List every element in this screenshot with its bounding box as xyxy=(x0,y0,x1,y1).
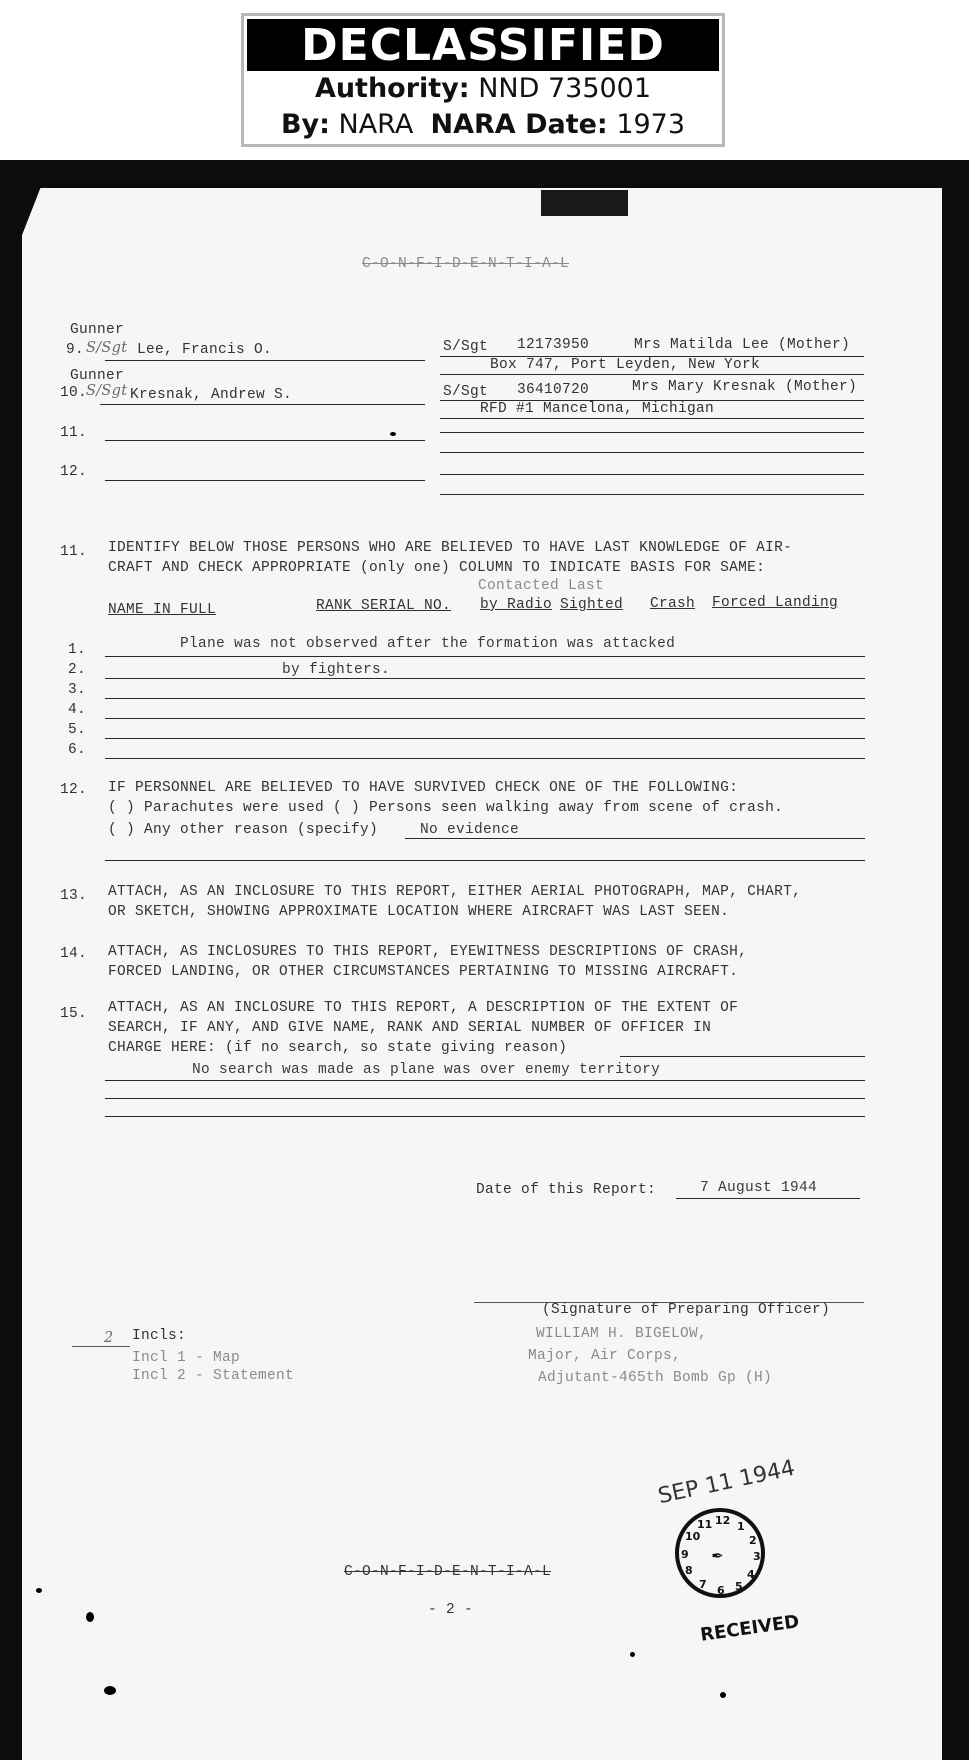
scan-speck xyxy=(104,1686,116,1695)
section-15-rule-1 xyxy=(620,1056,865,1057)
received-stamp-clock: 12 1 2 3 4 5 6 7 8 9 10 11 ✒ xyxy=(675,1508,765,1598)
scan-speck xyxy=(720,1692,726,1698)
inclosures-count: 2 xyxy=(104,1330,114,1346)
signature-caption: (Signature of Preparing Officer) xyxy=(542,1302,830,1318)
report-date-value: 7 August 1944 xyxy=(700,1180,817,1196)
crew-12-rule-right-2 xyxy=(440,494,864,495)
crew-12-rule-right xyxy=(440,474,864,475)
section-11-rule-3 xyxy=(105,698,865,699)
section-12-rule-2 xyxy=(105,860,865,861)
section-11-col-name: NAME IN FULL xyxy=(108,602,216,618)
section-11-col-rank: RANK SERIAL NO. xyxy=(316,598,451,614)
section-15-rule-3 xyxy=(105,1098,865,1099)
inclosure-item-1: Incl 1 - Map xyxy=(132,1350,240,1366)
section-12-line2: ( ) Parachutes were used ( ) Persons see… xyxy=(108,800,783,816)
signature-rank: Major, Air Corps, xyxy=(528,1348,681,1364)
crew-9-name-rule xyxy=(105,360,425,361)
section-11-row-2-number: 2. xyxy=(68,662,86,678)
section-11-row-5-number: 5. xyxy=(68,722,86,738)
section-14-line1: ATTACH, AS INCLOSURES TO THIS REPORT, EY… xyxy=(108,944,747,960)
section-12-line1: IF PERSONNEL ARE BELIEVED TO HAVE SURVIV… xyxy=(108,780,738,796)
authority-line: Authority: NND 735001 xyxy=(244,71,722,107)
crew-9-prefix: S/Sgt xyxy=(86,340,127,356)
section-15-answer: No search was made as plane was over ene… xyxy=(192,1062,660,1078)
section-15-line2: SEARCH, IF ANY, AND GIVE NAME, RANK AND … xyxy=(108,1020,711,1036)
signature-name: WILLIAM H. BIGELOW, xyxy=(536,1326,707,1342)
scan-tape-mark xyxy=(541,190,628,216)
section-11-col-crash: Crash xyxy=(650,596,695,612)
crew-11-number: 11. xyxy=(60,425,87,441)
crew-11-rule-right xyxy=(440,432,864,433)
section-11-row-6-number: 6. xyxy=(68,742,86,758)
crew-10-number: 10. xyxy=(60,385,87,401)
signature-title: Adjutant-465th Bomb Gp (H) xyxy=(538,1370,772,1386)
crew-10-prefix: S/Sgt xyxy=(86,383,127,399)
section-12-answer: No evidence xyxy=(420,822,519,838)
section-15-rule-2 xyxy=(105,1080,865,1081)
section-12-line3: ( ) Any other reason (specify) xyxy=(108,822,378,838)
crew-10-rank: S/Sgt xyxy=(443,384,488,400)
crew-11-rule xyxy=(105,440,425,441)
crew-9-kin: Mrs Matilda Lee (Mother) xyxy=(634,337,850,353)
section-11-rule-6 xyxy=(105,758,865,759)
nara-line: By: NARA NARA Date: 1973 xyxy=(244,107,722,143)
crew-9-rank: S/Sgt xyxy=(443,339,488,355)
crew-9-role: Gunner xyxy=(70,322,124,338)
section-13-number: 13. xyxy=(60,888,87,904)
declassified-title: DECLASSIFIED xyxy=(247,19,719,71)
section-12-number: 12. xyxy=(60,782,87,798)
section-11-col-forced: Forced Landing xyxy=(712,595,838,611)
section-11-rule-5 xyxy=(105,738,865,739)
section-13-line2: OR SKETCH, SHOWING APPROXIMATE LOCATION … xyxy=(108,904,729,920)
crew-10-serial: 36410720 xyxy=(517,382,589,398)
crew-9-address-rule xyxy=(440,374,864,375)
section-14-line2: FORCED LANDING, OR OTHER CIRCUMSTANCES P… xyxy=(108,964,738,980)
section-11-number: 11. xyxy=(60,544,87,560)
section-13-line1: ATTACH, AS AN INCLOSURE TO THIS REPORT, … xyxy=(108,884,801,900)
inclosures-rule xyxy=(72,1346,130,1347)
scan-speck xyxy=(390,432,396,436)
inclosures-label: Incls: xyxy=(132,1328,186,1344)
section-15-rule-4 xyxy=(105,1116,865,1117)
section-11-col-contacted: Contacted Last xyxy=(478,578,604,594)
section-14-number: 14. xyxy=(60,946,87,962)
section-11-remark-1: Plane was not observed after the formati… xyxy=(180,636,675,652)
section-11-rule-2 xyxy=(105,678,865,679)
crew-12-number: 12. xyxy=(60,464,87,480)
section-15-line3: CHARGE HERE: (if no search, so state giv… xyxy=(108,1040,567,1056)
crew-9-name: Lee, Francis O. xyxy=(137,342,272,358)
scan-speck xyxy=(36,1588,42,1593)
section-15-number: 15. xyxy=(60,1006,87,1022)
scan-speck xyxy=(86,1612,94,1622)
crew-10-name: Kresnak, Andrew S. xyxy=(130,387,292,403)
crew-10-address: RFD #1 Mancelona, Michigan xyxy=(480,401,714,417)
report-date-rule xyxy=(676,1198,860,1199)
crew-10-kin: Mrs Mary Kresnak (Mother) xyxy=(632,379,857,395)
section-15-line1: ATTACH, AS AN INCLOSURE TO THIS REPORT, … xyxy=(108,1000,738,1016)
section-11-row-3-number: 3. xyxy=(68,682,86,698)
crew-10-address-rule xyxy=(440,418,864,419)
section-11-rule-4 xyxy=(105,718,865,719)
section-11-col-sighted: Sighted xyxy=(560,597,623,613)
section-11-line2: CRAFT AND CHECK APPROPRIATE (only one) C… xyxy=(108,560,765,576)
footer-classification: C-O-N-F-I-D-E-N-T-I-A-L xyxy=(344,1564,551,1580)
declassified-stamp: DECLASSIFIED Authority: NND 735001 By: N… xyxy=(241,13,725,147)
report-date-label: Date of this Report: xyxy=(476,1182,656,1198)
section-11-line1: IDENTIFY BELOW THOSE PERSONS WHO ARE BEL… xyxy=(108,540,792,556)
scan-speck xyxy=(630,1652,635,1657)
crew-9-number: 9. xyxy=(66,342,84,358)
page-number: - 2 - xyxy=(428,1602,473,1618)
header-classification: C-O-N-F-I-D-E-N-T-I-A-L xyxy=(362,256,569,272)
crew-10-role: Gunner xyxy=(70,368,124,384)
pen-nib-icon: ✒ xyxy=(712,1544,723,1566)
section-11-rule-1 xyxy=(105,656,865,657)
crew-11-rule-right-2 xyxy=(440,452,864,453)
crew-10-name-rule xyxy=(100,404,425,405)
section-11-col-radio: by Radio xyxy=(480,597,552,613)
crew-9-serial: 12173950 xyxy=(517,337,589,353)
crew-9-address: Box 747, Port Leyden, New York xyxy=(490,357,760,373)
inclosure-item-2: Incl 2 - Statement xyxy=(132,1368,294,1384)
section-11-remark-2: by fighters. xyxy=(282,662,390,678)
section-12-answer-rule xyxy=(405,838,865,839)
section-11-row-1-number: 1. xyxy=(68,642,86,658)
section-11-row-4-number: 4. xyxy=(68,702,86,718)
crew-12-rule xyxy=(105,480,425,481)
